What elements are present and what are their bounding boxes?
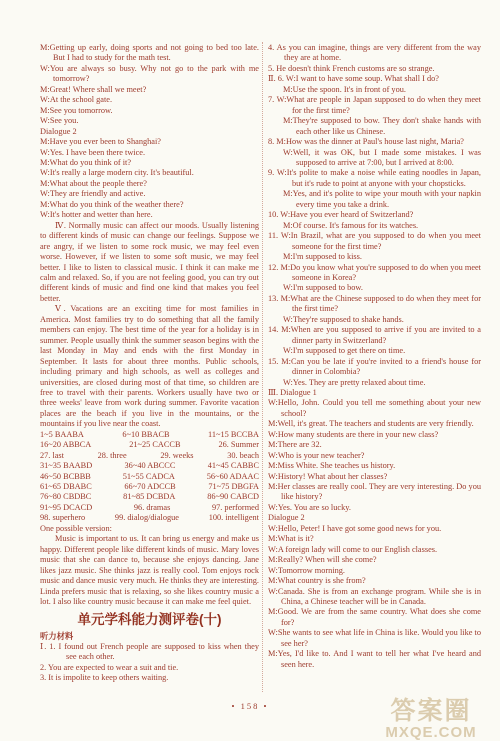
answer-key-segment: 6~10 BBACB	[122, 430, 169, 440]
answer-key-segment: 28. three	[98, 451, 127, 461]
text-line: W:You are always so busy. Why not go to …	[40, 64, 259, 85]
text-line: 14. M:When are you supposed to arrive if…	[268, 325, 481, 346]
text-line: 5. He doesn't think French customs are s…	[268, 64, 481, 74]
text-line: 3. It is impolite to keep others waiting…	[40, 673, 259, 683]
text-line: 9. W:It's polite to make a noise while e…	[268, 168, 481, 189]
text-line: W:Tomorrow morning.	[268, 566, 481, 576]
text-line: M:Well, it's great. The teachers and stu…	[268, 419, 481, 429]
answer-key-row: 91~95 DCACD96. dramas97. performed	[40, 503, 259, 513]
text-line: M:Her classes are really cool. They are …	[268, 482, 481, 503]
text-line: W:See you.	[40, 116, 259, 126]
answer-key-segment: 1~5 BAABA	[40, 430, 84, 440]
answer-key-segment: 36~40 ABCCC	[125, 461, 176, 471]
answer-key-segment: 29. weeks	[160, 451, 193, 461]
answer-key-segment: 30. beach	[227, 451, 259, 461]
answer-key-row: 98. superhero99. dialog/dialogue100. int…	[40, 513, 259, 523]
text-line: Ⅴ. Vacations are an exciting time for mo…	[40, 304, 259, 429]
text-line: W:At the school gate.	[40, 95, 259, 105]
section-label: 听力材料	[40, 631, 259, 641]
text-line: M:Getting up early, doing sports and not…	[40, 43, 259, 64]
text-line: W:Yes. You are so lucky.	[268, 503, 481, 513]
text-line: M:What do you think of it?	[40, 158, 259, 168]
answer-key-segment: 76~80 CBDBC	[40, 492, 91, 502]
text-line: M:They're supposed to bow. They don't sh…	[283, 116, 481, 137]
watermark-site: MXQE.COM	[366, 724, 496, 741]
answer-key-segment: 66~70 ADCCB	[124, 482, 175, 492]
text-line: Ⅱ. 6. W:I want to have some soup. What s…	[268, 74, 481, 84]
text-line: 12. M:Do you know what you're supposed t…	[268, 263, 481, 284]
answer-key-segment: 46~50 BCBBB	[40, 472, 91, 482]
answer-key-row: 27. last28. three29. weeks30. beach	[40, 451, 259, 461]
text-line: W:She wants to see what life in China is…	[268, 628, 481, 649]
answer-key-row: 46~50 BCBBB51~55 CADCA56~60 ADAAC	[40, 472, 259, 482]
text-line: W:Who is your new teacher?	[268, 451, 481, 461]
text-line: W:Hello, Peter! I have got some good new…	[268, 524, 481, 534]
text-line: M:There are 32.	[268, 440, 481, 450]
text-line: 11. W:In Brazil, what are you supposed t…	[268, 231, 481, 252]
answer-key-segment: 56~60 ADAAC	[207, 472, 259, 482]
column-divider	[262, 42, 263, 692]
answer-key-segment: 99. dialog/dialogue	[115, 513, 179, 523]
text-line: Ⅰ. 1. I found out French people are supp…	[40, 642, 259, 663]
text-line: 2. You are expected to wear a suit and t…	[40, 663, 259, 673]
text-line: Ⅲ. Dialogue 1	[268, 388, 481, 398]
text-line: 4. As you can imagine, things are very d…	[268, 43, 481, 64]
text-line: Music is important to us. It can bring u…	[40, 534, 259, 607]
answer-key-segment: 91~95 DCACD	[40, 503, 92, 513]
answer-key-segment: 97. performed	[212, 503, 259, 513]
text-line: M:Miss White. She teaches us history.	[268, 461, 481, 471]
text-line: W:I'm supposed to get there on time.	[283, 346, 481, 356]
answer-key-segment: 81~85 DCBDA	[123, 492, 175, 502]
answer-key-segment: 61~65 DBABC	[40, 482, 92, 492]
text-line: M:Great! Where shall we meet?	[40, 85, 259, 95]
text-line: M:What is it?	[268, 534, 481, 544]
text-line: W:It's really a large modern city. It's …	[40, 168, 259, 178]
answer-key-segment: 71~75 DBGFA	[208, 482, 259, 492]
answer-key-segment: 21~25 CACCB	[129, 440, 180, 450]
answer-key-row: 16~20 ABBCA21~25 CACCB26. Summer	[40, 440, 259, 450]
answer-key-segment: 100. intelligent	[209, 513, 259, 523]
text-line: W:I'm supposed to bow.	[283, 283, 481, 293]
text-line: 15. M:Can you be late if you're invited …	[268, 357, 481, 378]
answer-key-segment: 16~20 ABBCA	[40, 440, 91, 450]
answer-key-segment: 26. Summer	[218, 440, 259, 450]
answer-key-segment: 51~55 CADCA	[123, 472, 175, 482]
text-line: W:A foreign lady will come to our Englis…	[268, 545, 481, 555]
answer-key-segment: 41~45 CABBC	[208, 461, 259, 471]
text-line: One possible version:	[40, 524, 259, 534]
answer-key-segment: 27. last	[40, 451, 64, 461]
text-line: W:Hello, John. Could you tell me somethi…	[268, 398, 481, 419]
text-line: W:They are friendly and active.	[40, 189, 259, 199]
text-line: M:What do you think of the weather there…	[40, 200, 259, 210]
text-line: 13. M:What are the Chinese supposed to d…	[268, 294, 481, 315]
answer-key-segment: 11~15 BCCBA	[208, 430, 259, 440]
text-line: M:Use the spoon. It's in front of you.	[283, 85, 481, 95]
watermark-logo: 答案圈	[366, 698, 496, 724]
answer-key-row: 31~35 BAABD36~40 ABCCC41~45 CABBC	[40, 461, 259, 471]
answer-key-row: 76~80 CBDBC81~85 DCBDA86~90 CABCD	[40, 492, 259, 502]
text-line: W:It's hotter and wetter than here.	[40, 210, 259, 220]
text-line: Dialogue 2	[268, 513, 481, 523]
text-line: W:Yes. They are pretty relaxed about tim…	[283, 378, 481, 388]
text-line: 10. W:Have you ever heard of Switzerland…	[268, 210, 481, 220]
text-line: M:Of course. It's famous for its watches…	[283, 221, 481, 231]
left-column: M:Getting up early, doing sports and not…	[40, 43, 259, 684]
text-line: M:I'm supposed to kiss.	[283, 252, 481, 262]
answer-key-segment: 86~90 CABCD	[207, 492, 259, 502]
text-line: M:See you tomorrow.	[40, 106, 259, 116]
right-column: 4. As you can imagine, things are very d…	[268, 43, 481, 670]
text-line: W:Yes. I have been there twice.	[40, 148, 259, 158]
watermark: 答案圈 MXQE.COM	[366, 698, 496, 741]
text-line: 7. W:What are people in Japan supposed t…	[268, 95, 481, 116]
answer-key-segment: 96. dramas	[134, 503, 170, 513]
text-line: W:Canada. She is from an exchange progra…	[268, 587, 481, 608]
text-line: M:What country is she from?	[268, 576, 481, 586]
text-line: W:History! What about her classes?	[268, 472, 481, 482]
text-line: W:They're supposed to shake hands.	[283, 315, 481, 325]
section-heading: 单元学科能力测评卷(十)	[40, 607, 259, 631]
text-line: M:Good. We are from the same country. Wh…	[268, 607, 481, 628]
text-line: W:How many students are there in your ne…	[268, 430, 481, 440]
text-line: W:Well, it was OK, but I made some mista…	[283, 148, 481, 169]
answer-key-row: 61~65 DBABC66~70 ADCCB71~75 DBGFA	[40, 482, 259, 492]
text-line: M:Really? When will she come?	[268, 555, 481, 565]
text-line: M:What about the people there?	[40, 179, 259, 189]
answer-key-segment: 31~35 BAABD	[40, 461, 92, 471]
text-line: Dialogue 2	[40, 127, 259, 137]
text-line: 8. M:How was the dinner at Paul's house …	[268, 137, 481, 147]
answer-key-segment: 98. superhero	[40, 513, 85, 523]
text-line: M:Yes, and it's polite to wipe your mout…	[283, 189, 481, 210]
text-line: Ⅳ. Normally music can affect our moods. …	[40, 221, 259, 305]
text-line: M:Yes, I'd like to. And I want to tell h…	[268, 649, 481, 670]
answer-key-row: 1~5 BAABA6~10 BBACB11~15 BCCBA	[40, 430, 259, 440]
text-line: M:Have you ever been to Shanghai?	[40, 137, 259, 147]
